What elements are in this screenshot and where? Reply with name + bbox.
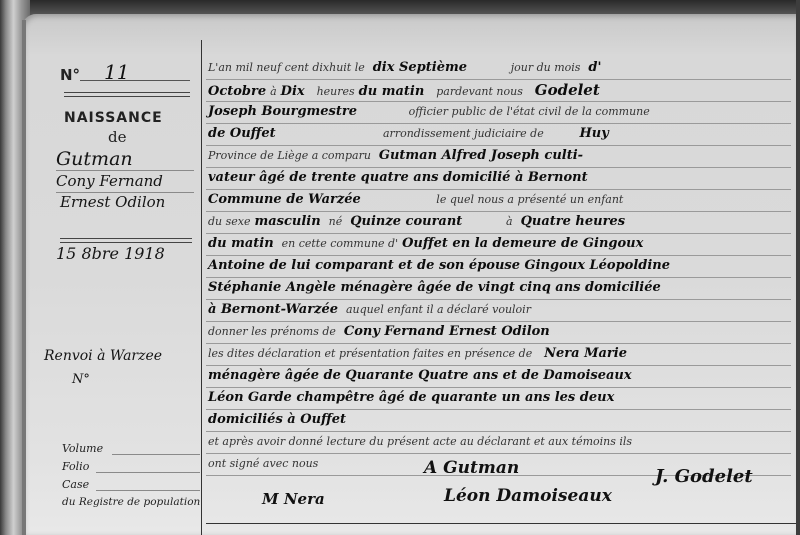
act-line-16: Léon Garde champêtre âgé de quarante un … bbox=[208, 389, 614, 405]
handwritten-text: Commune de Warzée bbox=[208, 192, 361, 207]
entry-number-rule bbox=[80, 80, 190, 81]
handwritten-text: d' bbox=[588, 60, 601, 75]
signature-witness-1: M Nera bbox=[262, 490, 325, 508]
handwritten-text: Quinze courant bbox=[350, 214, 462, 229]
handwritten-text: dix Septième bbox=[373, 60, 467, 75]
record-type-title: NAISSANCE bbox=[64, 110, 163, 126]
act-line-20: ont signé avec nous bbox=[208, 455, 318, 470]
volume-label: Volume bbox=[62, 442, 103, 455]
handwritten-text: de Ouffet bbox=[208, 126, 276, 141]
rule bbox=[206, 387, 791, 388]
marginal-note-renvoi: Renvoi à Warzee bbox=[44, 348, 162, 364]
printed-text: à bbox=[270, 85, 277, 98]
act-line-14: les dites déclaration et présentation fa… bbox=[208, 345, 627, 361]
handwritten-text: Léon Garde champêtre âgé de quarante un … bbox=[208, 390, 614, 405]
folio-field bbox=[96, 472, 200, 473]
printed-text: en cette commune d' bbox=[282, 237, 399, 250]
rule bbox=[206, 299, 791, 300]
signature-officer: J. Godelet bbox=[655, 466, 753, 487]
printed-text: donner les prénoms de bbox=[208, 325, 336, 338]
printed-text: arrondissement judiciaire de bbox=[383, 127, 544, 140]
act-line-4: de Ouffet arrondissement judiciaire de H… bbox=[208, 125, 609, 141]
act-line-11: Stéphanie Angèle ménagère âgée de vingt … bbox=[208, 279, 661, 295]
record-type-de: de bbox=[108, 128, 126, 146]
double-rule bbox=[64, 92, 190, 97]
page-right-edge bbox=[796, 0, 800, 535]
act-line-9: du matin en cette commune d' Ouffet en l… bbox=[208, 235, 643, 251]
rule bbox=[206, 211, 791, 212]
printed-text: né bbox=[329, 215, 343, 228]
act-line-15: ménagère âgée de Quarante Quatre ans et … bbox=[208, 367, 632, 383]
handwritten-text: du matin bbox=[208, 236, 274, 251]
handwritten-text: Dix bbox=[281, 84, 305, 99]
act-line-3: Joseph Bourgmestre officier public de l'… bbox=[208, 103, 650, 119]
page-edge bbox=[22, 20, 26, 535]
signature-declarant: A Gutman bbox=[424, 458, 519, 478]
printed-text: auquel enfant il a déclaré vouloir bbox=[346, 303, 531, 316]
handwritten-text: Antoine de lui comparant et de son épous… bbox=[208, 258, 670, 273]
printed-text: heures bbox=[317, 85, 355, 98]
handwritten-text: vateur âgé de trente quatre ans domicili… bbox=[208, 170, 588, 185]
printed-text: les dites déclaration et présentation fa… bbox=[208, 347, 532, 360]
rule bbox=[206, 145, 791, 146]
act-line-7: Commune de Warzée le quel nous a présent… bbox=[208, 191, 623, 207]
act-line-1: L'an mil neuf cent dixhuit le dix Septiè… bbox=[208, 59, 601, 75]
handwritten-text: Ouffet en la demeure de Gingoux bbox=[402, 236, 643, 251]
act-line-19: et après avoir donné lecture du présent … bbox=[208, 433, 632, 448]
act-line-12: à Bernont-Warzée auquel enfant il a décl… bbox=[208, 301, 531, 317]
folio-label: Folio bbox=[62, 460, 89, 473]
handwritten-text: domiciliés à Ouffet bbox=[208, 412, 346, 427]
handwritten-text: Godelet bbox=[535, 81, 600, 99]
birth-date: 15 8bre 1918 bbox=[56, 244, 165, 263]
handwritten-text: Gutman Alfred Joseph culti- bbox=[379, 148, 583, 163]
population-register-label: du Registre de population bbox=[62, 496, 200, 508]
printed-text: Province de Liège a comparu bbox=[208, 149, 371, 162]
page-bottom-rule bbox=[206, 523, 796, 524]
volume-field bbox=[112, 454, 200, 455]
marginal-note-number: N° bbox=[72, 372, 90, 387]
handwritten-text: Cony Fernand Ernest Odilon bbox=[344, 324, 550, 339]
rule bbox=[206, 189, 791, 190]
printed-text: L'an mil neuf cent dixhuit le bbox=[208, 61, 365, 74]
rule bbox=[206, 343, 791, 344]
printed-text: et après avoir donné lecture du présent … bbox=[208, 435, 632, 448]
case-field bbox=[96, 490, 200, 491]
act-line-6: vateur âgé de trente quatre ans domicili… bbox=[208, 169, 588, 185]
handwritten-text: Huy bbox=[579, 126, 608, 141]
printed-text: officier public de l'état civil de la co… bbox=[409, 105, 650, 118]
signature-witness-2: Léon Damoiseaux bbox=[444, 486, 612, 506]
act-line-10: Antoine de lui comparant et de son épous… bbox=[208, 257, 670, 273]
rule bbox=[206, 277, 791, 278]
printed-text: jour du mois bbox=[511, 61, 581, 74]
child-given-names-1: Cony Fernand bbox=[56, 172, 163, 190]
margin-rule bbox=[56, 170, 194, 171]
printed-text: pardevant nous bbox=[436, 85, 523, 98]
act-line-17: domiciliés à Ouffet bbox=[208, 411, 346, 427]
rule bbox=[206, 409, 791, 410]
handwritten-text: Joseph Bourgmestre bbox=[208, 104, 357, 119]
rule bbox=[206, 453, 791, 454]
rule bbox=[206, 233, 791, 234]
act-line-8: du sexe masculin né Quinze courant à Qua… bbox=[208, 213, 625, 229]
rule bbox=[206, 365, 791, 366]
handwritten-text: Nera Marie bbox=[544, 346, 627, 361]
rule bbox=[206, 167, 791, 168]
handwritten-text: ménagère âgée de Quarante Quatre ans et … bbox=[208, 368, 632, 383]
printed-text: ont signé avec nous bbox=[208, 457, 318, 470]
rule bbox=[206, 431, 791, 432]
entry-number-label: N° bbox=[60, 66, 80, 84]
printed-text: du sexe bbox=[208, 215, 251, 228]
handwritten-text: à Bernont-Warzée bbox=[208, 302, 338, 317]
rule bbox=[206, 123, 791, 124]
rule bbox=[206, 255, 791, 256]
rule bbox=[206, 79, 791, 80]
handwritten-text: Stéphanie Angèle ménagère âgée de vingt … bbox=[208, 280, 661, 295]
child-given-names-2: Ernest Odilon bbox=[60, 193, 165, 211]
margin-divider bbox=[201, 40, 202, 535]
act-line-2: Octobre à Dix heures du matin pardevant … bbox=[208, 81, 600, 99]
printed-text: à bbox=[506, 215, 513, 228]
rule bbox=[206, 321, 791, 322]
act-line-13: donner les prénoms de Cony Fernand Ernes… bbox=[208, 323, 550, 339]
child-surname: Gutman bbox=[56, 148, 133, 170]
act-line-5: Province de Liège a comparu Gutman Alfre… bbox=[208, 147, 583, 163]
handwritten-text: Quatre heures bbox=[521, 214, 625, 229]
rule bbox=[206, 101, 791, 102]
case-label: Case bbox=[62, 478, 89, 491]
handwritten-text: masculin bbox=[254, 214, 320, 229]
handwritten-text: Octobre bbox=[208, 84, 266, 99]
handwritten-text: du matin bbox=[359, 84, 425, 99]
double-rule bbox=[60, 238, 192, 243]
printed-text: le quel nous a présenté un enfant bbox=[436, 193, 623, 206]
